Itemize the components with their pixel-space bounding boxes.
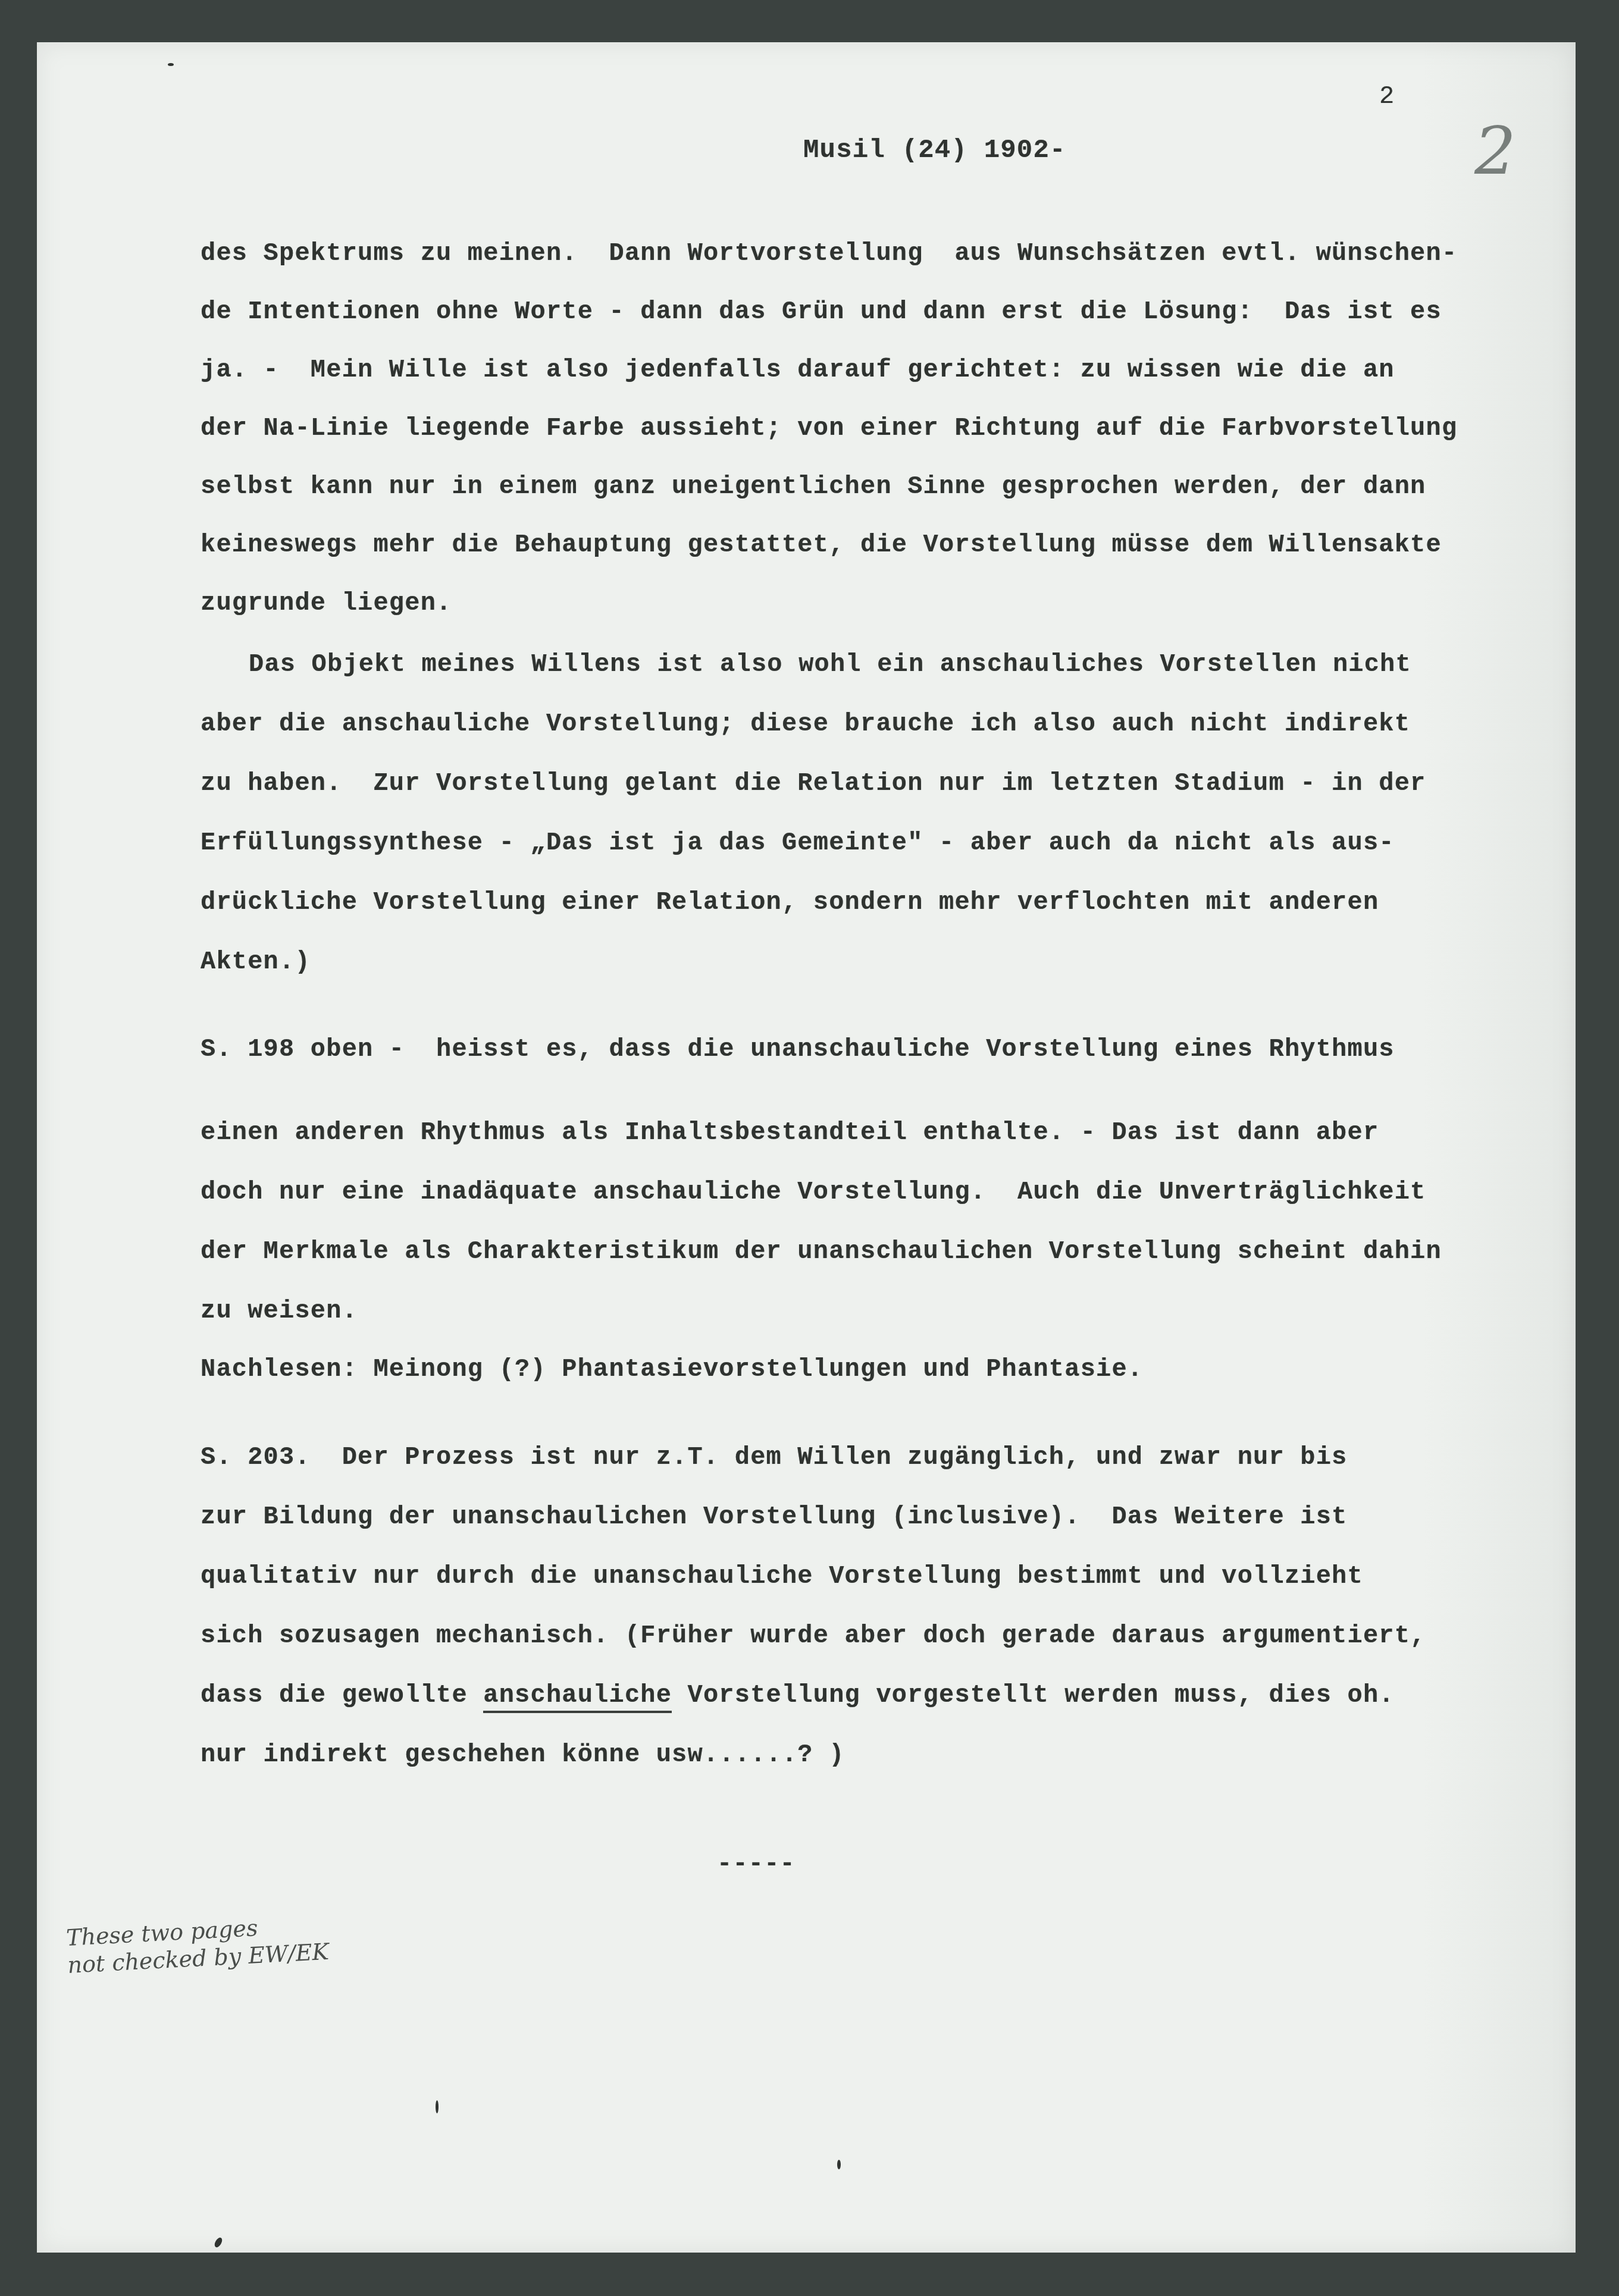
scan-speck <box>837 2160 841 2169</box>
text-segment: Vorstellung vorgestellt werden muss, die… <box>672 1681 1395 1710</box>
section-divider: ----- <box>717 1850 796 1878</box>
text-line: ja. - Mein Wille ist also jedenfalls dar… <box>201 356 1395 384</box>
document-page: 2 2 Musil (24) 1902- des Spektrums zu me… <box>37 42 1576 2253</box>
text-line: S. 198 oben - heisst es, dass die unansc… <box>201 1035 1395 1064</box>
text-line: doch nur eine inadäquate anschauliche Vo… <box>201 1178 1426 1206</box>
text-line: zugrunde liegen. <box>201 589 452 617</box>
scan-speck <box>168 63 174 66</box>
underlined-word: anschauliche <box>483 1681 672 1713</box>
page-header-title: Musil (24) 1902- <box>803 136 1066 165</box>
page-number: 2 <box>1379 82 1395 111</box>
handwritten-folio-number: 2 <box>1474 113 1516 189</box>
text-line: Erfüllungssynthese - „Das ist ja das Gem… <box>201 829 1395 857</box>
text-line: S. 203. Der Prozess ist nur z.T. dem Wil… <box>201 1443 1348 1472</box>
text-line: zu haben. Zur Vorstellung gelant die Rel… <box>201 769 1426 798</box>
text-line: sich sozusagen mechanisch. (Früher wurde… <box>201 1621 1426 1650</box>
text-line: der Merkmale als Charakteristikum der un… <box>201 1237 1442 1266</box>
text-line: einen anderen Rhythmus als Inhaltsbestan… <box>201 1118 1379 1147</box>
text-line: aber die anschauliche Vorstellung; diese… <box>201 710 1410 738</box>
text-line: nur indirekt geschehen könne usw......? … <box>201 1740 845 1769</box>
text-line: der Na-Linie liegende Farbe aussieht; vo… <box>201 414 1457 443</box>
text-line: Nachlesen: Meinong (?) Phantasievorstell… <box>201 1355 1143 1384</box>
text-line: qualitativ nur durch die unanschauliche … <box>201 1562 1363 1591</box>
text-line: selbst kann nur in einem ganz uneigentli… <box>201 472 1426 501</box>
text-line: des Spektrums zu meinen. Dann Wortvorste… <box>201 239 1457 268</box>
handwritten-annotation: These two pages not checked by EW/EK <box>65 1911 330 1979</box>
text-line: keineswegs mehr die Behauptung gestattet… <box>201 531 1442 559</box>
text-line: zu weisen. <box>201 1297 358 1325</box>
text-line: zur Bildung der unanschaulichen Vorstell… <box>201 1503 1348 1531</box>
scan-speck <box>213 2237 224 2249</box>
text-line: drückliche Vorstellung einer Relation, s… <box>201 888 1379 917</box>
text-segment: dass die gewollte <box>201 1681 483 1710</box>
text-line: de Intentionen ohne Worte - dann das Grü… <box>201 297 1442 326</box>
text-line: dass die gewollte anschauliche Vorstellu… <box>201 1681 1395 1710</box>
scan-speck <box>436 2100 439 2113</box>
text-line: Das Objekt meines Willens ist also wohl … <box>249 650 1411 679</box>
text-line: Akten.) <box>201 948 311 976</box>
